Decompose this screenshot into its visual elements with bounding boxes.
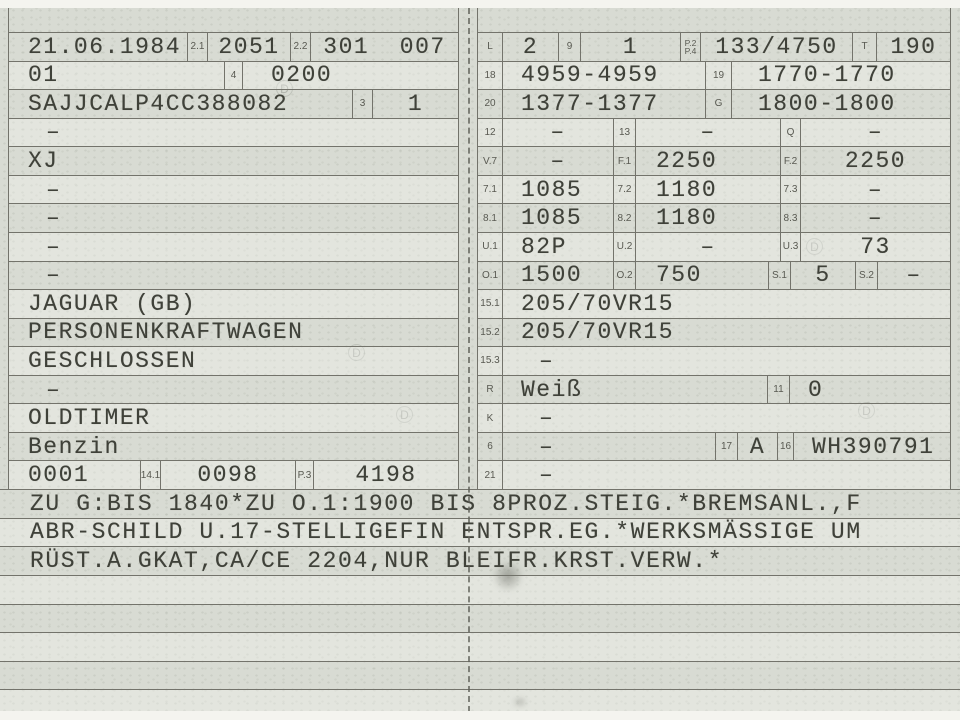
table-row: JAGUAR (GB): [8, 289, 458, 318]
ink-smudge: [492, 560, 524, 592]
gutter-partial-label: 3: [0, 240, 7, 251]
table-row: 20 1377-1377 G 1800-1800: [478, 89, 950, 118]
table-row: 18 4959-4959 19 1770-1770: [478, 61, 950, 90]
row-label-k: K: [478, 404, 502, 432]
length-value: 4959-4959: [502, 62, 705, 90]
field-2-1-value: 2051: [207, 33, 290, 61]
first-registration-date: 21.06.1984: [8, 33, 187, 61]
table-row: 7.1 1085 7.2 1180 7.3 –: [478, 175, 950, 204]
center-fold-line-left: [458, 8, 459, 489]
field-label-13: 13: [613, 119, 635, 147]
field-label-p4: P.4: [685, 47, 697, 55]
table-row: XJ: [8, 146, 458, 175]
gutter-partial-label: 2: [0, 183, 7, 194]
remarks-row: RÜST.A.GKAT,CA/CE 2204,NUR BLEIFR.KRST.V…: [0, 546, 960, 575]
vin-value: SAJJCALP4CC388082: [8, 90, 352, 118]
seat-count-value: 5: [790, 262, 855, 290]
scan-margin-top: [0, 0, 960, 8]
row-label-20: 20: [478, 90, 502, 118]
field-label-p2-p4: P.2 P.4: [680, 33, 700, 61]
empty-ruled-row: [0, 604, 960, 633]
row-label-152: 15.2: [478, 319, 502, 347]
axle-load-1-value: 1085: [502, 204, 613, 232]
field-label-14-1: 14.1: [140, 461, 160, 489]
table-row: 12 – 13 – Q –: [478, 118, 950, 147]
table-row: U.1 82P U.2 – U.3 73: [478, 232, 950, 261]
empty-field-dash: –: [8, 119, 458, 147]
field-11-value: 0: [789, 376, 950, 404]
gutter-partial-label: 4: [0, 411, 7, 422]
tire-size-front-value: 205/70VR15: [502, 290, 950, 318]
row-label-151: 15.1: [478, 290, 502, 318]
field-label-o2: O.2: [613, 262, 635, 290]
center-perforation-line: [468, 8, 470, 712]
stationary-noise-value: 82P: [502, 233, 613, 261]
empty-field-dash: –: [8, 376, 458, 404]
field-label-p-3: P.3: [295, 461, 313, 489]
remarks-row: ABR-SCHILD U.17-STELLIGEFIN ENTSPR.EG.*W…: [0, 518, 960, 547]
ink-smudge: [512, 696, 528, 708]
empty-field-dash: –: [635, 233, 780, 261]
table-row: 6 – 17 A 16 WH390791: [478, 432, 950, 461]
empty-field-dash: –: [877, 262, 950, 290]
field-label-73: 7.3: [780, 176, 800, 204]
table-row: 15.1 205/70VR15: [478, 289, 950, 318]
empty-field-dash: –: [8, 176, 458, 204]
power-rpm-value: 133/4750: [700, 33, 852, 61]
table-row: GESCHLOSSEN: [8, 346, 458, 375]
table-row: K –: [478, 403, 950, 432]
axle-load-2-value: 1180: [635, 176, 780, 204]
table-row: L 2 9 1 P.2 P.4 133/4750 T 190: [478, 32, 950, 61]
table-row: PERSONENKRAFTWAGEN: [8, 318, 458, 347]
left-data-table: 21.06.1984 2.1 2051 2.2 301 007 01 4 020…: [8, 32, 458, 489]
empty-field-dash: –: [8, 262, 458, 290]
axle-load-2-value: 1180: [635, 204, 780, 232]
empty-field-dash: –: [502, 347, 950, 375]
right-data-table: L 2 9 1 P.2 P.4 133/4750 T 190 18 4959-4…: [478, 32, 950, 489]
table-row: 21.06.1984 2.1 2051 2.2 301 007: [8, 32, 458, 61]
field-3-value: 1: [372, 90, 458, 118]
driving-noise-value: 73: [800, 233, 950, 261]
field-2-2-value: 301 007: [310, 33, 458, 61]
field-label-11: 11: [767, 376, 789, 404]
remarks-line-3: RÜST.A.GKAT,CA/CE 2204,NUR BLEIFR.KRST.V…: [0, 548, 723, 574]
top-speed-value: 190: [876, 33, 950, 61]
row-label-o1: O.1: [478, 262, 502, 290]
field-label-u2: U.2: [613, 233, 635, 261]
field-label-2-2: 2.2: [290, 33, 310, 61]
table-row: 0001 14.1 0098 P.3 4198: [8, 460, 458, 489]
empty-ruled-row: [0, 632, 960, 661]
manufacturer-name: JAGUAR (GB): [8, 290, 458, 318]
field-label-4: 4: [224, 62, 242, 90]
field-label-3: 3: [352, 90, 372, 118]
gutter-partial-label: 0: [0, 468, 7, 479]
row-label-21: 21: [478, 461, 502, 489]
table-row: O.1 1500 O.2 750 S.1 5 S.2 –: [478, 261, 950, 290]
remarks-line-1: ZU G:BIS 1840*ZU O.1:1900 BIS 8PROZ.STEI…: [0, 491, 862, 517]
table-row: 15.3 –: [478, 346, 950, 375]
vehicle-color-value: Weiß: [502, 376, 767, 404]
table-row: –: [8, 375, 458, 404]
table-row: Benzin: [8, 432, 458, 461]
row-label-v7: V.7: [478, 147, 502, 175]
row-label-153: 15.3: [478, 347, 502, 375]
remarks-line-2: ABR-SCHILD U.17-STELLIGEFIN ENTSPR.EG.*W…: [0, 519, 862, 545]
field-label-82: 8.2: [613, 204, 635, 232]
oldtimer-note: OLDTIMER: [8, 404, 458, 432]
table-row: 8.1 1085 8.2 1180 8.3 –: [478, 203, 950, 232]
trailer-load-braked-value: 1500: [502, 262, 613, 290]
empty-field-dash: –: [502, 147, 613, 175]
empty-field-dash: –: [800, 176, 950, 204]
field-f2-value: 2250: [800, 147, 950, 175]
code-01-value: 01: [8, 62, 224, 90]
table-row: 15.2 205/70VR15: [478, 318, 950, 347]
width-value: 1770-1770: [731, 62, 950, 90]
field-label-u3: U.3: [780, 233, 800, 261]
field-label-t: T: [852, 33, 876, 61]
field-4-value: 0200: [242, 62, 458, 90]
scan-margin-bottom: [0, 711, 960, 720]
field-14-value: 0001: [8, 461, 140, 489]
row-label-12: 12: [478, 119, 502, 147]
field-17-value: A: [737, 433, 777, 461]
model-name: XJ: [8, 147, 458, 175]
fuel-type: Benzin: [8, 433, 458, 461]
height-value: 1377-1377: [502, 90, 705, 118]
table-row: –: [8, 261, 458, 290]
body-type: GESCHLOSSEN: [8, 347, 458, 375]
field-label-f1: F.1: [613, 147, 635, 175]
field-f1-value: 2250: [635, 147, 780, 175]
gutter-partial-label: 9: [0, 383, 7, 394]
field-label-19: 19: [705, 62, 731, 90]
empty-field-dash: –: [800, 119, 950, 147]
field-label-9: 9: [558, 33, 580, 61]
table-row: –: [8, 203, 458, 232]
empty-field-dash: –: [502, 461, 950, 489]
field-label-s1: S.1: [768, 262, 790, 290]
empty-field-dash: –: [635, 119, 780, 147]
empty-field-dash: –: [800, 204, 950, 232]
row-label-18: 18: [478, 62, 502, 90]
empty-ruled-row: [0, 575, 960, 604]
table-row: –: [8, 118, 458, 147]
document-number-value: WH390791: [793, 433, 950, 461]
row-label-u1: U.1: [478, 233, 502, 261]
table-row: SAJJCALP4CC388082 3 1: [8, 89, 458, 118]
field-label-16: 16: [777, 433, 793, 461]
field-label-s2: S.2: [855, 262, 877, 290]
empty-field-dash: –: [8, 233, 458, 261]
table-row: –: [8, 232, 458, 261]
empty-field-dash: –: [502, 433, 715, 461]
tire-size-rear-value: 205/70VR15: [502, 319, 950, 347]
empty-ruled-row: [0, 661, 960, 690]
row-label-81: 8.1: [478, 204, 502, 232]
row-label-r: R: [478, 376, 502, 404]
table-row: OLDTIMER: [8, 403, 458, 432]
field-label-17: 17: [715, 433, 737, 461]
center-fold-line-right: [477, 8, 478, 489]
field-g-value: 1800-1800: [731, 90, 950, 118]
remarks-row: ZU G:BIS 1840*ZU O.1:1900 BIS 8PROZ.STEI…: [0, 489, 960, 518]
field-label-g: G: [705, 90, 731, 118]
table-row: V.7 – F.1 2250 F.2 2250: [478, 146, 950, 175]
engine-displacement-value: 4198: [313, 461, 458, 489]
field-label-83: 8.3: [780, 204, 800, 232]
table-row: 01 4 0200: [8, 61, 458, 90]
trailer-load-unbraked-value: 750: [635, 262, 768, 290]
field-label-q: Q: [780, 119, 800, 147]
empty-field-dash: –: [502, 119, 613, 147]
row-label-L: L: [478, 33, 502, 61]
table-row: R Weiß 11 0: [478, 375, 950, 404]
vehicle-class: PERSONENKRAFTWAGEN: [8, 319, 458, 347]
empty-field-dash: –: [502, 404, 950, 432]
right-table-edge-line: [950, 8, 951, 489]
field-14-1-value: 0098: [160, 461, 295, 489]
field-9-value: 1: [580, 33, 680, 61]
empty-field-dash: –: [8, 204, 458, 232]
table-row: 21 –: [478, 460, 950, 489]
remarks-section: ZU G:BIS 1840*ZU O.1:1900 BIS 8PROZ.STEI…: [0, 489, 960, 718]
scanned-vehicle-registration-page: D D D D D 2 3 9 4 a 0 21.06.1984 2.1 205…: [0, 0, 960, 720]
left-table-edge-line: [8, 8, 9, 489]
row-label-6: 6: [478, 433, 502, 461]
axle-load-1-value: 1085: [502, 176, 613, 204]
axle-count-value: 2: [502, 33, 558, 61]
table-row: –: [8, 175, 458, 204]
field-label-f2: F.2: [780, 147, 800, 175]
gutter-partial-label: a: [0, 440, 7, 451]
field-label-72: 7.2: [613, 176, 635, 204]
field-label-2-1: 2.1: [187, 33, 207, 61]
row-label-71: 7.1: [478, 176, 502, 204]
